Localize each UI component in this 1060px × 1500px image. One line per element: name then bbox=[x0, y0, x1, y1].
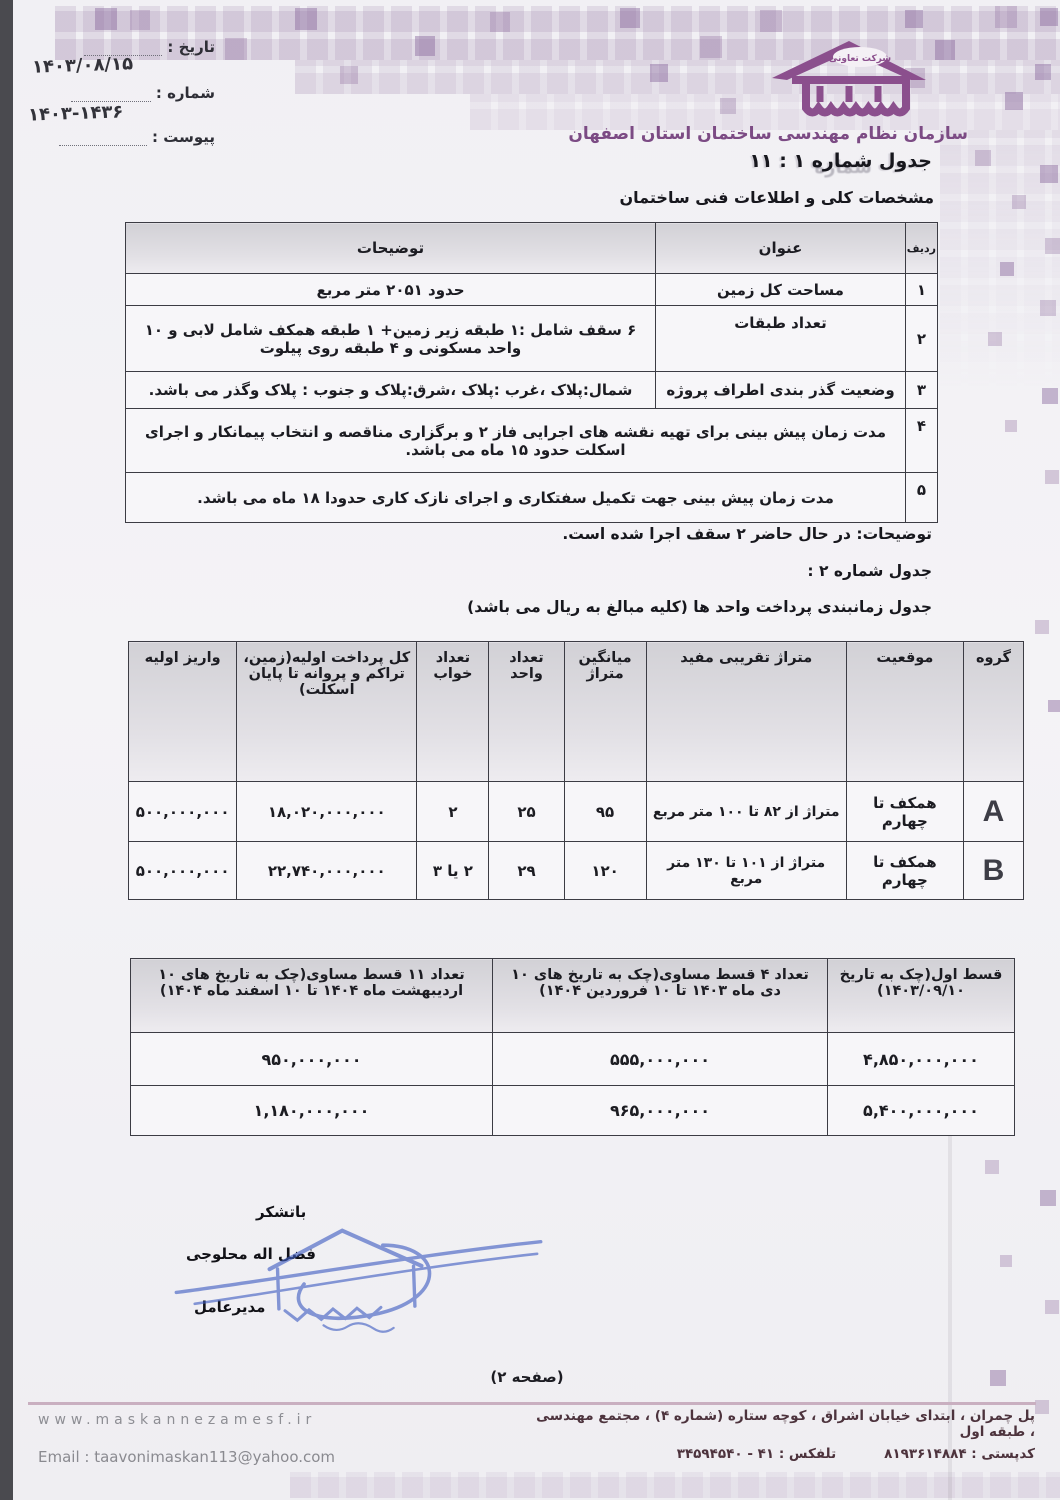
row-num: ۴ bbox=[906, 409, 938, 473]
footer-divider bbox=[28, 1402, 1036, 1405]
table-row: ۴ مدت زمان پیش بینی برای تهیه نقشه های ا… bbox=[126, 409, 938, 473]
email-address: Email : taavonimaskan113@yahoo.com bbox=[38, 1448, 335, 1466]
house-icon: شرکت تعاونی bbox=[768, 36, 930, 124]
initial-deposit-cell: ۵۰۰,۰۰۰,۰۰۰ bbox=[136, 862, 230, 880]
table1-header-row: ردیف عنوان توضیحات bbox=[126, 223, 938, 274]
amount-cell: ۹۵۰,۰۰۰,۰۰۰ bbox=[261, 1050, 361, 1069]
fax-label: تلفکس : bbox=[779, 1446, 836, 1462]
scan-edge-strip bbox=[0, 0, 13, 1500]
scanned-letter-page: تاریخ : ۱۴۰۳/۰۸/۱۵ شماره : ۱۴۰۳-۱۴۳۶ پیو… bbox=[0, 0, 1060, 1500]
postal-fax-row: کدپستی : ۸۱۹۳۶۱۴۸۸۴ تلفکس : ۳۴۵۹۴۵۴۰ - ۴… bbox=[677, 1446, 1035, 1462]
website-url: www.maskannezamesf.ir bbox=[38, 1412, 316, 1428]
signature-thanks: باتشکر bbox=[256, 1203, 306, 1221]
col-approx-area: متراژ تقریبی مفید bbox=[646, 642, 846, 782]
number-label: شماره : bbox=[156, 84, 215, 102]
col-eleven-installments: تعداد ۱۱ قسط مساوی(چک به تاریخ های ۱۰ ار… bbox=[131, 959, 493, 1033]
row-num: ۵ bbox=[906, 473, 938, 523]
table3-header-row: قسط اول(چک به تاریخ ۱۴۰۳/۰۹/۱۰) تعداد ۴ … bbox=[131, 959, 1015, 1033]
unit-payment-table: گروه موقعیت متراژ تقریبی مفید میانگین مت… bbox=[128, 641, 1024, 900]
stamp-icon bbox=[170, 1213, 552, 1348]
row-title: وضعیت گذر بندی اطراف پروژه bbox=[656, 372, 906, 409]
attachment-dotted-line bbox=[59, 129, 147, 146]
col-first-installment: قسط اول(چک به تاریخ ۱۴۰۳/۰۹/۱۰) bbox=[828, 959, 1015, 1033]
date-value-handwritten: ۱۴۰۳/۰۸/۱۵ bbox=[32, 53, 134, 78]
date-label: تاریخ : bbox=[167, 38, 215, 56]
number-dotted-line bbox=[71, 85, 151, 102]
scan-streak bbox=[948, 1130, 952, 1500]
stamp-signature bbox=[170, 1213, 552, 1348]
total-payment-cell: ۲۲,۷۴۰,۰۰۰,۰۰۰ bbox=[268, 862, 386, 880]
number-row: شماره : bbox=[71, 84, 215, 102]
row-title: مساحت کل زمین bbox=[656, 274, 906, 306]
row-num: ۲ bbox=[906, 306, 938, 372]
avg-area-cell: ۱۲۰ bbox=[564, 842, 646, 900]
units-cell: ۲۹ bbox=[489, 842, 564, 900]
col-four-installments: تعداد ۴ قسط مساوی(چک به تاریخ های ۱۰ دی … bbox=[493, 959, 828, 1033]
table-row: B همکف تا چهارم متراژ از ۱۰۱ تا ۱۳۰ متر … bbox=[129, 842, 1024, 900]
table-row: ۲ تعداد طبقات ۶ سقف شامل :۱ طبقه زیر زمی… bbox=[126, 306, 938, 372]
area-cell: متراژ از ۸۲ تا ۱۰۰ متر مربع bbox=[646, 782, 846, 842]
col-unit-count: تعداد واحد bbox=[489, 642, 564, 782]
table1-col-rownum: ردیف bbox=[906, 223, 938, 274]
table-row: ۵ مدت زمان پیش بینی جهت تکمیل سفتکاری و … bbox=[126, 473, 938, 523]
amount-cell: ۴,۸۵۰,۰۰۰,۰۰۰ bbox=[863, 1050, 979, 1069]
organization-name: سازمان نظام مهندسی ساختمان استان اصفهان bbox=[568, 124, 968, 144]
note-line: توضیحات: در حال حاضر ۲ سقف اجرا شده است. bbox=[562, 525, 932, 543]
fax-number: تلفکس : ۳۴۵۹۴۵۴۰ - ۴۱ bbox=[677, 1446, 836, 1462]
group-cell: A bbox=[963, 782, 1023, 842]
table1-col-title: عنوان bbox=[656, 223, 906, 274]
group-cell: B bbox=[963, 842, 1023, 900]
bedrooms-cell: ۲ bbox=[417, 782, 489, 842]
initial-deposit-cell: ۵۰۰,۰۰۰,۰۰۰ bbox=[136, 803, 230, 821]
amount-cell: ۵,۴۰۰,۰۰۰,۰۰۰ bbox=[863, 1101, 979, 1120]
row-desc: حدود ۲۰۵۱ متر مربع bbox=[126, 274, 656, 306]
col-group: گروه bbox=[963, 642, 1023, 782]
row-title: تعداد طبقات bbox=[656, 306, 906, 372]
amount-cell: ۹۶۵,۰۰۰,۰۰۰ bbox=[610, 1101, 710, 1120]
row-merged-desc: مدت زمان پیش بینی جهت تکمیل سفتکاری و اج… bbox=[126, 473, 906, 523]
table1-col-desc: توضیحات bbox=[126, 223, 656, 274]
attachment-label: پیوست : bbox=[152, 128, 215, 146]
amount-cell: ۵۵۵,۰۰۰,۰۰۰ bbox=[610, 1050, 710, 1069]
fax-value: ۳۴۵۹۴۵۴۰ - ۴۱ bbox=[677, 1446, 774, 1462]
table2-heading: جدول شماره ۲ : bbox=[807, 562, 932, 580]
row-merged-desc: مدت زمان پیش بینی برای تهیه نقشه های اجر… bbox=[126, 409, 906, 473]
location-cell: همکف تا چهارم bbox=[846, 782, 963, 842]
location-cell: همکف تا چهارم bbox=[846, 842, 963, 900]
row-num: ۱ bbox=[906, 274, 938, 306]
col-bedrooms: تعداد خواب bbox=[417, 642, 489, 782]
units-cell: ۲۵ bbox=[489, 782, 564, 842]
table1-subtitle: مشخصات کلی و اطلاعات فنی ساختمان bbox=[620, 188, 935, 207]
page-number-label: (صفحه ۲) bbox=[427, 1368, 627, 1386]
total-payment-cell: ۱۸,۰۲۰,۰۰۰,۰۰۰ bbox=[268, 803, 386, 821]
table1-heading: جدول شماره ۱ : ۱۱ bbox=[749, 150, 932, 172]
col-initial-deposit: واریز اولیه bbox=[129, 642, 237, 782]
attachment-row: پیوست : bbox=[59, 128, 215, 146]
building-info-table: ردیف عنوان توضیحات ۱ مساحت کل زمین حدود … bbox=[125, 222, 938, 523]
number-value-handwritten: ۱۴۰۳-۱۴۳۶ bbox=[28, 101, 124, 125]
col-location: موقعیت bbox=[846, 642, 963, 782]
col-avg-area: میانگین متراژ bbox=[564, 642, 646, 782]
table2-header-row: گروه موقعیت متراژ تقریبی مفید میانگین مت… bbox=[129, 642, 1024, 782]
company-logo: شرکت تعاونی bbox=[768, 36, 930, 124]
table-row: A همکف تا چهارم متراژ از ۸۲ تا ۱۰۰ متر م… bbox=[129, 782, 1024, 842]
postal-value: ۸۱۹۳۶۱۴۸۸۴ bbox=[884, 1446, 966, 1462]
postal-label: کدپستی : bbox=[971, 1446, 1035, 1462]
table-row: ۵,۴۰۰,۰۰۰,۰۰۰ ۹۶۵,۰۰۰,۰۰۰ ۱,۱۸۰,۰۰۰,۰۰۰ bbox=[131, 1086, 1015, 1136]
col-total-payment: کل پرداخت اولیه(زمین، تراکم و پروانه تا … bbox=[237, 642, 417, 782]
mosaic-band-bottom bbox=[290, 1472, 1060, 1498]
office-address: پل چمران ، ابتدای خیابان اشراق ، کوچه ست… bbox=[535, 1408, 1035, 1440]
installments-table: قسط اول(چک به تاریخ ۱۴۰۳/۰۹/۱۰) تعداد ۴ … bbox=[130, 958, 1015, 1136]
avg-area-cell: ۹۵ bbox=[564, 782, 646, 842]
row-desc: شمال:پلاک ،غرب :پلاک ،شرق:پلاک و جنوب : … bbox=[126, 372, 656, 409]
table2-subtitle: جدول زمانبندی پرداخت واحد ها (کلیه مبالغ… bbox=[467, 598, 932, 616]
amount-cell: ۱,۱۸۰,۰۰۰,۰۰۰ bbox=[254, 1101, 370, 1120]
row-desc: ۶ سقف شامل :۱ طبقه زیر زمین+ ۱ طبقه همکف… bbox=[126, 306, 656, 372]
table-row: ۴,۸۵۰,۰۰۰,۰۰۰ ۵۵۵,۰۰۰,۰۰۰ ۹۵۰,۰۰۰,۰۰۰ bbox=[131, 1033, 1015, 1086]
table-row: ۱ مساحت کل زمین حدود ۲۰۵۱ متر مربع bbox=[126, 274, 938, 306]
mosaic-band-top-2 bbox=[295, 60, 1060, 94]
logo-label: شرکت تعاونی bbox=[829, 54, 891, 64]
postal-code: کدپستی : ۸۱۹۳۶۱۴۸۸۴ bbox=[884, 1446, 1035, 1462]
bedrooms-cell: ۲ یا ۳ bbox=[417, 842, 489, 900]
area-cell: متراژ از ۱۰۱ تا ۱۳۰ متر مربع bbox=[646, 842, 846, 900]
row-num: ۳ bbox=[906, 372, 938, 409]
table-row: ۳ وضعیت گذر بندی اطراف پروژه شمال:پلاک ،… bbox=[126, 372, 938, 409]
